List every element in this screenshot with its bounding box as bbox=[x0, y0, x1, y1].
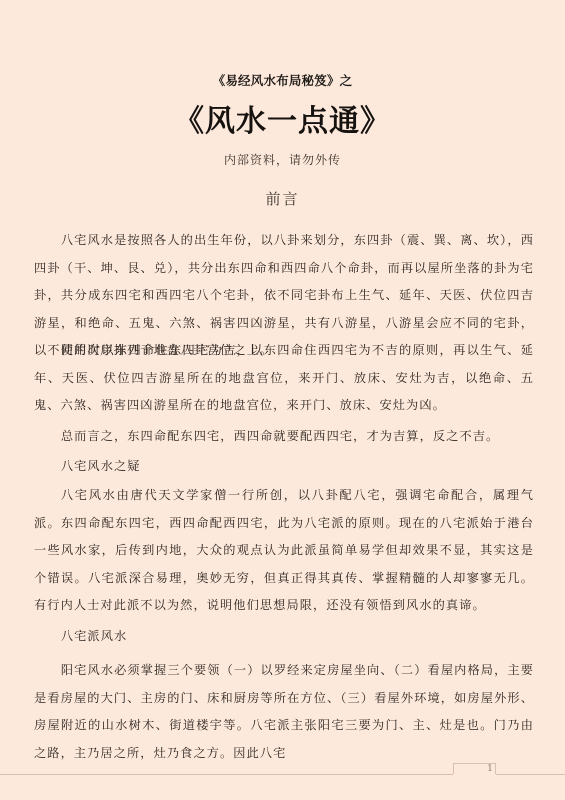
body-text-block-4: 八宅风水之疑 bbox=[34, 453, 534, 481]
page-number: 1 bbox=[480, 764, 500, 774]
body-text-block-2: 使用时以东四命住东四宅为吉，以东四命住西四宅为不吉的原则，再以生气、延年、天医、… bbox=[34, 337, 534, 420]
body-text-block-6: 八宅派风水 bbox=[34, 623, 534, 651]
page-title: 《风水一点通》 bbox=[0, 96, 565, 140]
paragraph: 总而言之，东四命配东四宅，西四命就要配西四宅，才为吉算，反之不吉。 bbox=[34, 423, 534, 451]
footer-rule-right bbox=[496, 774, 565, 775]
subheading-bazhai-doubt: 八宅风水之疑 bbox=[34, 453, 534, 481]
series-title: 《易经风水布局秘笈》之 bbox=[0, 71, 565, 89]
section-heading-preface: 前言 bbox=[0, 188, 565, 209]
footer-rule-left bbox=[0, 774, 453, 775]
paragraph: 八宅风水由唐代天文学家僧一行所创，以八卦配八宅，强调宅命配合，属理气派。东四命配… bbox=[34, 482, 534, 620]
body-text-block-3: 总而言之，东四命配东四宅，西四命就要配西四宅，才为吉算，反之不吉。 bbox=[34, 423, 534, 451]
body-text-block-5: 八宅风水由唐代天文学家僧一行所创，以八卦配八宅，强调宅命配合，属理气派。东四命配… bbox=[34, 482, 534, 620]
paragraph: 使用时以东四命住东四宅为吉，以东四命住西四宅为不吉的原则，再以生气、延年、天医、… bbox=[34, 337, 534, 420]
paragraph: 阳宅风水必须掌握三个要领（一）以罗经来定房屋坐向、（二）看屋内格局，主要是看房屋… bbox=[34, 657, 534, 767]
body-text-block-7: 阳宅风水必须掌握三个要领（一）以罗经来定房屋坐向、（二）看屋内格局，主要是看房屋… bbox=[34, 657, 534, 767]
confidential-notice: 内部资料，请勿外传 bbox=[0, 151, 565, 168]
subheading-bazhai-school: 八宅派风水 bbox=[34, 623, 534, 651]
